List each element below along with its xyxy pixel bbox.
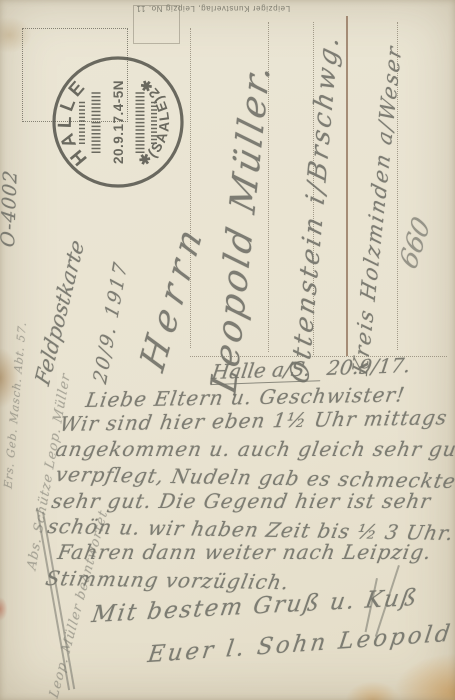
pencil-date-note: 20/9. 1917 — [89, 258, 132, 386]
postmark-town-arc: HALLE — [55, 75, 92, 170]
address-street: Ottenstein i/Brschwg. — [285, 30, 345, 387]
pencil-dealer-mark: 660 — [395, 212, 437, 275]
postmark-stamp: HALLE ✱(SAALE)2✱ 20.9.17.4-5N — [48, 52, 188, 192]
postmark-date: 20.9.17.4-5N — [111, 80, 126, 164]
margin-note-1: Ers. Geb. Masch. Abt. 57. — [2, 320, 29, 490]
pencil-card-type: Feldpostkarte — [31, 236, 89, 389]
message-dateline-date: 20.9/17. — [326, 353, 412, 380]
message-line: Stimmung vorzüglich. — [44, 566, 292, 594]
message-line: sehr gut. Die Gegend hier ist sehr — [50, 489, 433, 513]
address-salutation: Herrn — [133, 215, 212, 378]
message-signature: Euer l. Sohn Leopold — [146, 621, 454, 669]
message-dateline-place: Halle a/S. — [210, 356, 324, 385]
divider-rule — [346, 16, 348, 356]
pencil-inventory-number: O-4002 — [0, 168, 22, 248]
message-line: Fahren dann weiter nach Leipzig. — [56, 540, 434, 564]
message-line: angekommen u. auch gleich sehr gut — [54, 437, 455, 461]
postcard-scan: Leipziger Kunstverlag, Leipzig No. 11 HA… — [0, 0, 455, 700]
printed-frame — [133, 5, 180, 44]
